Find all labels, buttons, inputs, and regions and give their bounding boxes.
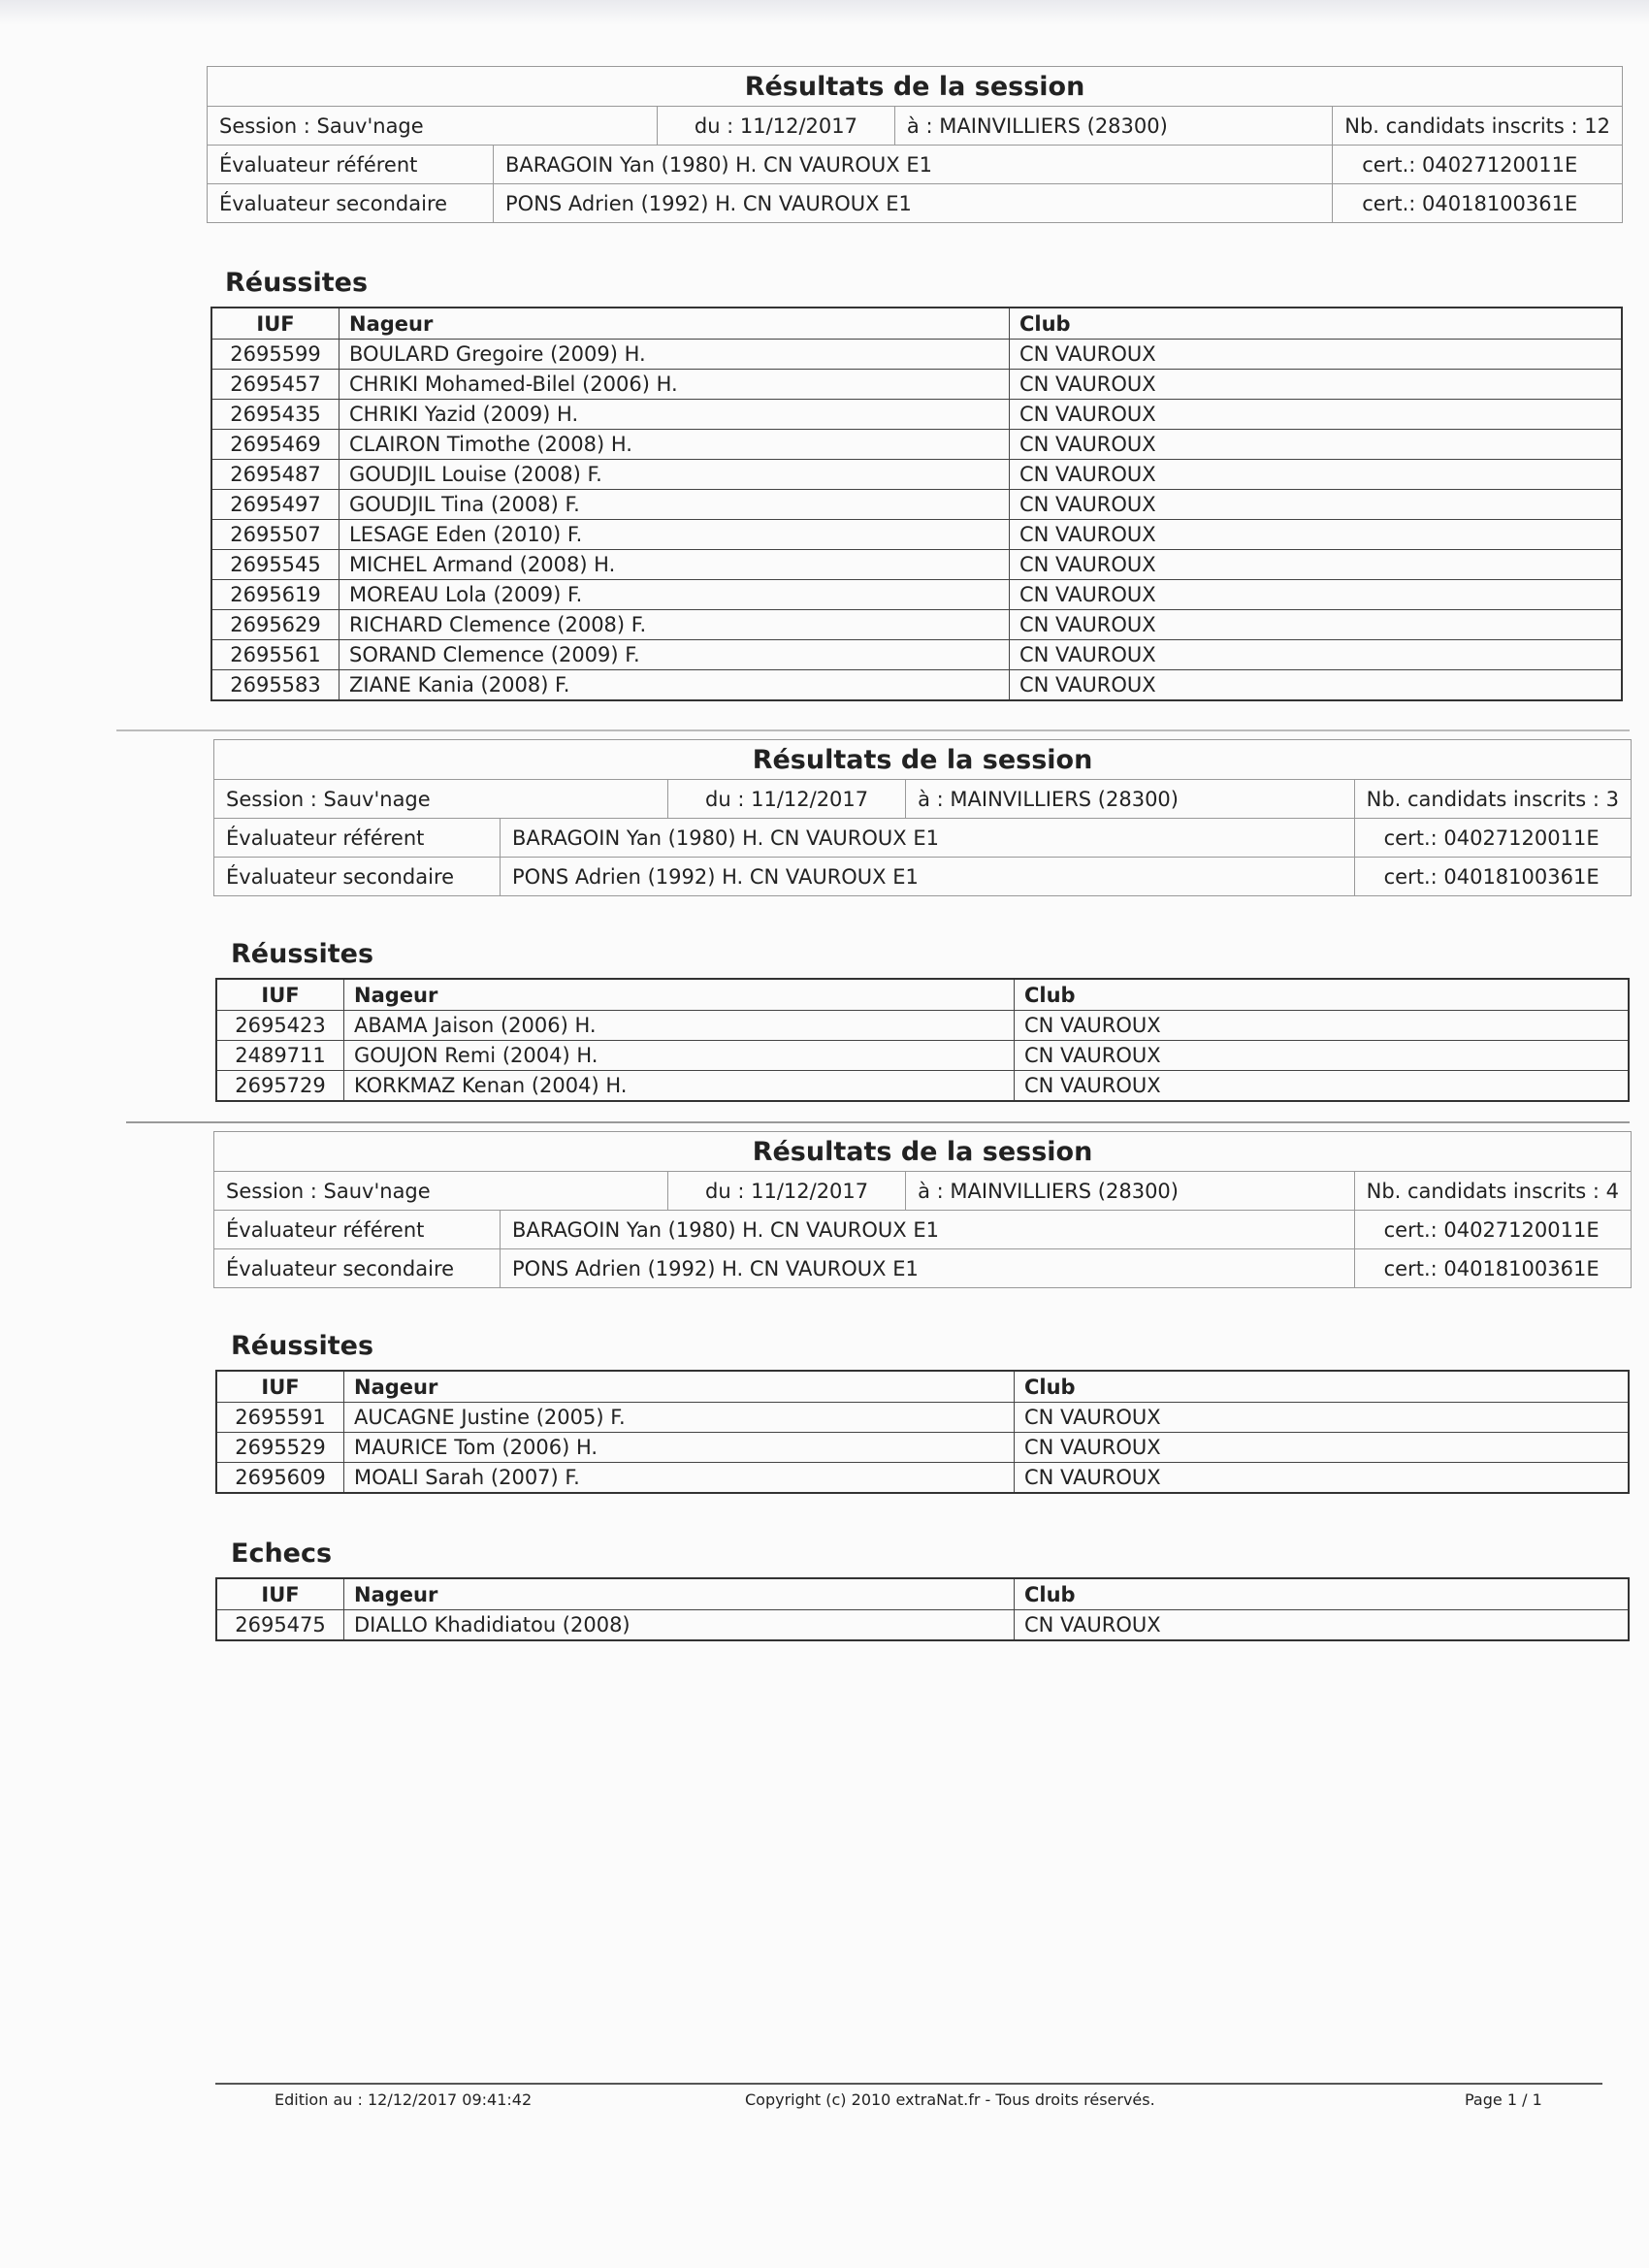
col-club: Club [1015, 1371, 1630, 1403]
edition-date: Edition au : 12/12/2017 09:41:42 [275, 2090, 532, 2109]
iuf-cell: 2489711 [216, 1041, 344, 1071]
iuf-cell: 2695545 [211, 550, 339, 580]
nageur-cell: CHRIKI Mohamed-Bilel (2006) H. [339, 370, 1010, 400]
table-row: 2695545MICHEL Armand (2008) H.CN VAUROUX [211, 550, 1622, 580]
table-row: 2695469CLAIRON Timothe (2008) H.CN VAURO… [211, 430, 1622, 460]
iuf-cell: 2695619 [211, 580, 339, 610]
club-cell: CN VAUROUX [1010, 640, 1623, 670]
nageur-cell: ZIANE Kania (2008) F. [339, 670, 1010, 701]
club-cell: CN VAUROUX [1015, 1071, 1630, 1102]
scan-artifact [116, 729, 1630, 731]
page-number: Page 1 / 1 [1465, 2090, 1542, 2109]
club-cell: CN VAUROUX [1010, 370, 1623, 400]
session-name: Session : Sauv'nage [214, 1172, 668, 1211]
section-reussites-2: Réussites [231, 939, 373, 969]
iuf-cell: 2695729 [216, 1071, 344, 1102]
col-nageur: Nageur [344, 1578, 1015, 1610]
session-name: Session : Sauv'nage [208, 107, 658, 146]
session-title: Résultats de la session [214, 1132, 1632, 1172]
club-cell: CN VAUROUX [1015, 1610, 1630, 1641]
table-row: 2695561SORAND Clemence (2009) F.CN VAURO… [211, 640, 1622, 670]
table-row: 2695619MOREAU Lola (2009) F.CN VAUROUX [211, 580, 1622, 610]
secondary-cert: cert.: 04018100361E [1333, 184, 1623, 223]
nageur-cell: RICHARD Clemence (2008) F. [339, 610, 1010, 640]
session-location: à : MAINVILLIERS (28300) [906, 780, 1355, 819]
copyright: Copyright (c) 2010 extraNat.fr - Tous dr… [745, 2090, 1155, 2109]
table-row: 2695497GOUDJIL Tina (2008) F.CN VAUROUX [211, 490, 1622, 520]
club-cell: CN VAUROUX [1010, 430, 1623, 460]
scan-artifact [126, 1121, 1630, 1123]
nageur-cell: MOALI Sarah (2007) F. [344, 1463, 1015, 1494]
nageur-cell: MAURICE Tom (2006) H. [344, 1433, 1015, 1463]
nageur-cell: SORAND Clemence (2009) F. [339, 640, 1010, 670]
session-header-1: Résultats de la session Session : Sauv'n… [207, 66, 1623, 223]
table-row: 2695629RICHARD Clemence (2008) F.CN VAUR… [211, 610, 1622, 640]
iuf-cell: 2695487 [211, 460, 339, 490]
secondary-cert: cert.: 04018100361E [1354, 858, 1631, 896]
col-iuf: IUF [216, 1371, 344, 1403]
footer-rule [215, 2083, 1602, 2085]
club-cell: CN VAUROUX [1015, 1011, 1630, 1041]
club-cell: CN VAUROUX [1010, 580, 1623, 610]
session-location: à : MAINVILLIERS (28300) [906, 1172, 1355, 1211]
iuf-cell: 2695457 [211, 370, 339, 400]
table-row: 2695583ZIANE Kania (2008) F.CN VAUROUX [211, 670, 1622, 701]
club-cell: CN VAUROUX [1010, 490, 1623, 520]
col-iuf: IUF [216, 979, 344, 1011]
col-iuf: IUF [216, 1578, 344, 1610]
iuf-cell: 2695583 [211, 670, 339, 701]
col-nageur: Nageur [344, 979, 1015, 1011]
club-cell: CN VAUROUX [1015, 1041, 1630, 1071]
nageur-cell: CHRIKI Yazid (2009) H. [339, 400, 1010, 430]
session-date: du : 11/12/2017 [668, 1172, 906, 1211]
nageur-cell: BOULARD Gregoire (2009) H. [339, 340, 1010, 370]
club-cell: CN VAUROUX [1010, 520, 1623, 550]
iuf-cell: 2695599 [211, 340, 339, 370]
referent-label: Évaluateur référent [214, 1211, 501, 1249]
iuf-cell: 2695469 [211, 430, 339, 460]
club-cell: CN VAUROUX [1010, 400, 1623, 430]
session-title: Résultats de la session [208, 67, 1623, 107]
session-registered-count: Nb. candidats inscrits : 4 [1354, 1172, 1631, 1211]
nageur-cell: MOREAU Lola (2009) F. [339, 580, 1010, 610]
nageur-cell: KORKMAZ Kenan (2004) H. [344, 1071, 1015, 1102]
iuf-cell: 2695423 [216, 1011, 344, 1041]
table-row: 2695507LESAGE Eden (2010) F.CN VAUROUX [211, 520, 1622, 550]
table-row: 2695423ABAMA Jaison (2006) H.CN VAUROUX [216, 1011, 1629, 1041]
iuf-cell: 2695497 [211, 490, 339, 520]
referent-name: BARAGOIN Yan (1980) H. CN VAUROUX E1 [501, 1211, 1355, 1249]
nageur-cell: GOUDJIL Tina (2008) F. [339, 490, 1010, 520]
referent-name: BARAGOIN Yan (1980) H. CN VAUROUX E1 [494, 146, 1333, 184]
nageur-cell: CLAIRON Timothe (2008) H. [339, 430, 1010, 460]
reussites-table-2: IUF Nageur Club 2695423ABAMA Jaison (200… [215, 978, 1630, 1102]
club-cell: CN VAUROUX [1015, 1433, 1630, 1463]
club-cell: CN VAUROUX [1010, 550, 1623, 580]
table-row: 2695599BOULARD Gregoire (2009) H.CN VAUR… [211, 340, 1622, 370]
secondary-label: Évaluateur secondaire [214, 858, 501, 896]
scan-top-shadow [0, 0, 1649, 25]
table-row: 2695457CHRIKI Mohamed-Bilel (2006) H.CN … [211, 370, 1622, 400]
secondary-cert: cert.: 04018100361E [1354, 1249, 1631, 1288]
reussites-table-1: IUF Nageur Club 2695599BOULARD Gregoire … [210, 307, 1623, 701]
nageur-cell: LESAGE Eden (2010) F. [339, 520, 1010, 550]
iuf-cell: 2695475 [216, 1610, 344, 1641]
session-registered-count: Nb. candidats inscrits : 12 [1333, 107, 1623, 146]
referent-name: BARAGOIN Yan (1980) H. CN VAUROUX E1 [501, 819, 1355, 858]
session-location: à : MAINVILLIERS (28300) [894, 107, 1332, 146]
iuf-cell: 2695507 [211, 520, 339, 550]
referent-cert: cert.: 04027120011E [1333, 146, 1623, 184]
session-header-2: Résultats de la session Session : Sauv'n… [213, 739, 1632, 896]
table-row: 2695475DIALLO Khadidiatou (2008)CN VAURO… [216, 1610, 1629, 1641]
iuf-cell: 2695561 [211, 640, 339, 670]
secondary-label: Évaluateur secondaire [208, 184, 494, 223]
club-cell: CN VAUROUX [1010, 610, 1623, 640]
nageur-cell: DIALLO Khadidiatou (2008) [344, 1610, 1015, 1641]
section-reussites-3: Réussites [231, 1331, 373, 1361]
nageur-cell: MICHEL Armand (2008) H. [339, 550, 1010, 580]
table-row: 2695609MOALI Sarah (2007) F.CN VAUROUX [216, 1463, 1629, 1494]
secondary-name: PONS Adrien (1992) H. CN VAUROUX E1 [501, 858, 1355, 896]
table-row: 2695729KORKMAZ Kenan (2004) H.CN VAUROUX [216, 1071, 1629, 1102]
referent-cert: cert.: 04027120011E [1354, 1211, 1631, 1249]
iuf-cell: 2695435 [211, 400, 339, 430]
club-cell: CN VAUROUX [1010, 670, 1623, 701]
nageur-cell: ABAMA Jaison (2006) H. [344, 1011, 1015, 1041]
col-nageur: Nageur [339, 308, 1010, 340]
session-name: Session : Sauv'nage [214, 780, 668, 819]
iuf-cell: 2695629 [211, 610, 339, 640]
referent-cert: cert.: 04027120011E [1354, 819, 1631, 858]
iuf-cell: 2695609 [216, 1463, 344, 1494]
echecs-table: IUF Nageur Club 2695475DIALLO Khadidiato… [215, 1577, 1630, 1641]
col-club: Club [1010, 308, 1623, 340]
col-nageur: Nageur [344, 1371, 1015, 1403]
secondary-name: PONS Adrien (1992) H. CN VAUROUX E1 [501, 1249, 1355, 1288]
club-cell: CN VAUROUX [1010, 460, 1623, 490]
session-header-3: Résultats de la session Session : Sauv'n… [213, 1131, 1632, 1288]
col-club: Club [1015, 1578, 1630, 1610]
club-cell: CN VAUROUX [1015, 1463, 1630, 1494]
session-title: Résultats de la session [214, 740, 1632, 780]
referent-label: Évaluateur référent [208, 146, 494, 184]
referent-label: Évaluateur référent [214, 819, 501, 858]
iuf-cell: 2695591 [216, 1403, 344, 1433]
session-date: du : 11/12/2017 [668, 780, 906, 819]
section-reussites-1: Réussites [225, 268, 368, 298]
col-iuf: IUF [211, 308, 339, 340]
secondary-name: PONS Adrien (1992) H. CN VAUROUX E1 [494, 184, 1333, 223]
section-echecs: Echecs [231, 1539, 332, 1569]
table-row: 2489711GOUJON Remi (2004) H.CN VAUROUX [216, 1041, 1629, 1071]
club-cell: CN VAUROUX [1010, 340, 1623, 370]
col-club: Club [1015, 979, 1630, 1011]
secondary-label: Évaluateur secondaire [214, 1249, 501, 1288]
table-row: 2695591AUCAGNE Justine (2005) F.CN VAURO… [216, 1403, 1629, 1433]
nageur-cell: GOUJON Remi (2004) H. [344, 1041, 1015, 1071]
club-cell: CN VAUROUX [1015, 1403, 1630, 1433]
table-row: 2695487GOUDJIL Louise (2008) F.CN VAUROU… [211, 460, 1622, 490]
table-row: 2695435CHRIKI Yazid (2009) H.CN VAUROUX [211, 400, 1622, 430]
table-row: 2695529MAURICE Tom (2006) H.CN VAUROUX [216, 1433, 1629, 1463]
session-date: du : 11/12/2017 [657, 107, 894, 146]
iuf-cell: 2695529 [216, 1433, 344, 1463]
nageur-cell: AUCAGNE Justine (2005) F. [344, 1403, 1015, 1433]
nageur-cell: GOUDJIL Louise (2008) F. [339, 460, 1010, 490]
reussites-table-3: IUF Nageur Club 2695591AUCAGNE Justine (… [215, 1370, 1630, 1494]
session-registered-count: Nb. candidats inscrits : 3 [1354, 780, 1631, 819]
